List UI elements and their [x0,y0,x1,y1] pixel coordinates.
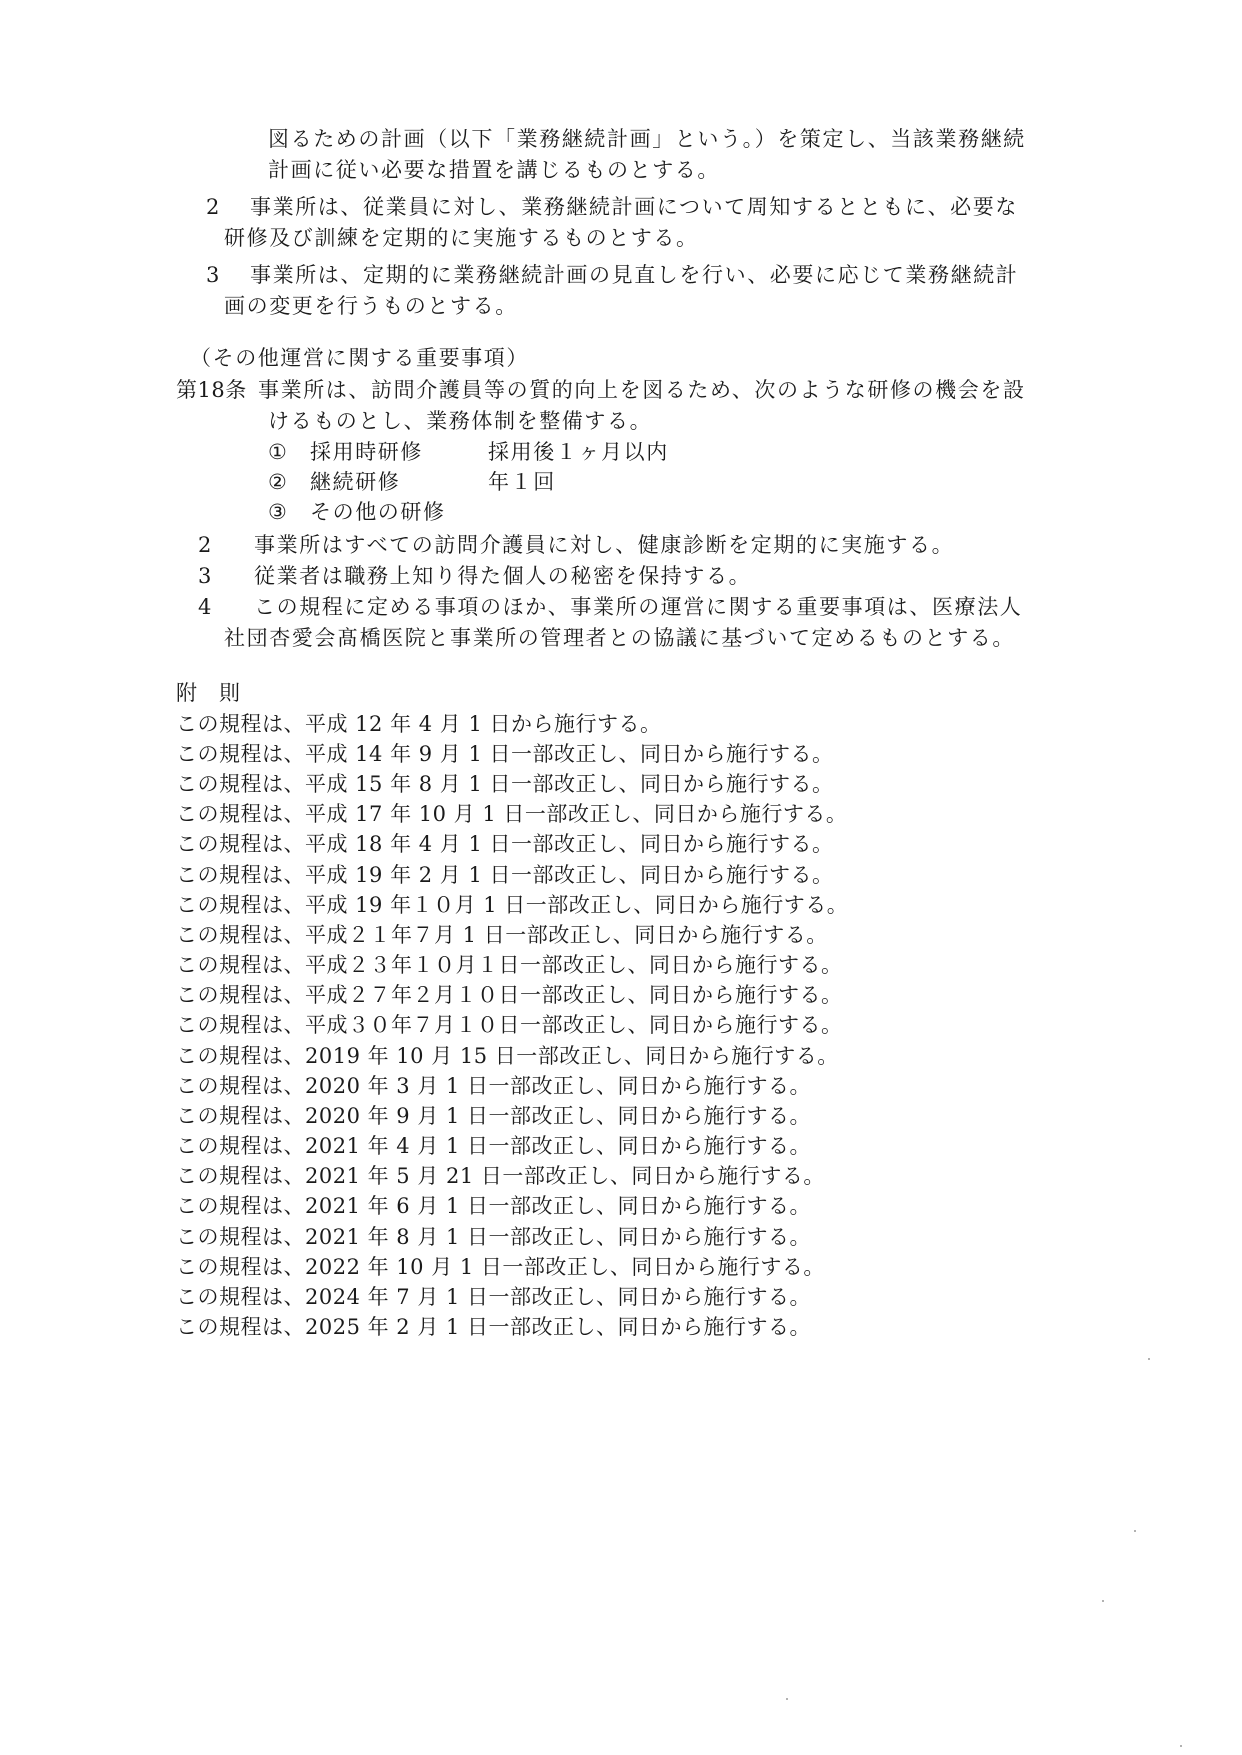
supplementary-entry: この規程は、平成３０年７月１０日一部改正し、同日から施行する。 [176,1010,843,1040]
supplementary-entry: この規程は、2024 年 7 月 1 日一部改正し、同日から施行する。 [176,1282,811,1312]
training-mark: ③ [268,497,287,527]
training-name: 採用時研修 [310,437,423,467]
supplementary-entry: この規程は、平成 19 年 2 月 1 日一部改正し、同日から施行する。 [176,860,834,890]
supplementary-entry: この規程は、2020 年 9 月 1 日一部改正し、同日から施行する。 [176,1101,811,1131]
supplementary-entry: この規程は、平成２７年２月１０日一部改正し、同日から施行する。 [176,980,843,1010]
document-page: 図るための計画（以下「業務継続計画」という。）を策定し、当該業務継続 計画に従い… [0,0,1242,1755]
training-mark: ② [268,467,287,497]
training-timing: 年１回 [488,467,556,497]
supplementary-entry: この規程は、2019 年 10 月 15 日一部改正し、同日から施行する。 [176,1041,839,1071]
supplementary-entry: この規程は、2021 年 8 月 1 日一部改正し、同日から施行する。 [176,1222,811,1252]
supplementary-heading: 附 則 [176,678,241,708]
training-mark: ① [268,437,287,467]
scan-speck [1102,1600,1104,1602]
clause-number: 2 [206,192,220,222]
article-heading: （その他運営に関する重要事項） [190,343,529,373]
article-text-line-1: 事業所は、訪問介護員等の質的向上を図るため、次のような研修の機会を設 [258,375,1026,405]
supplementary-entry: この規程は、平成 19 年１０月 1 日一部改正し、同日から施行する。 [176,890,848,920]
clause-number: 4 [198,592,212,622]
supplementary-entry: この規程は、2022 年 10 月 1 日一部改正し、同日から施行する。 [176,1252,825,1282]
clause-text-line-1: 事業所は、定期的に業務継続計画の見直しを行い、必要に応じて業務継続計 [250,260,1018,290]
clause-number: 3 [206,260,220,290]
supplementary-entry: この規程は、2021 年 5 月 21 日一部改正し、同日から施行する。 [176,1161,825,1191]
supplementary-entry: この規程は、2021 年 6 月 1 日一部改正し、同日から施行する。 [176,1191,811,1221]
continuation-line-2: 計画に従い必要な措置を講じるものとする。 [268,155,720,185]
article-label: 第18条 [176,375,247,405]
continuation-line-1: 図るための計画（以下「業務継続計画」という。）を策定し、当該業務継続 [268,124,1026,154]
supplementary-entry: この規程は、2025 年 2 月 1 日一部改正し、同日から施行する。 [176,1312,811,1342]
article-text-line-2: けるものとし、業務体制を整備する。 [268,406,652,436]
supplementary-entry: この規程は、平成 14 年 9 月 1 日一部改正し、同日から施行する。 [176,739,834,769]
supplementary-entry: この規程は、平成 12 年 4 月 1 日から施行する。 [176,709,662,739]
clause-text-line-1: この規程に定める事項のほか、事業所の運営に関する重要事項は、医療法人 [254,592,1022,622]
clause-text-line-1: 従業者は職務上知り得た個人の秘密を保持する。 [254,561,751,591]
clause-text-line-2: 画の変更を行うものとする。 [224,291,518,321]
supplementary-entry: この規程は、2021 年 4 月 1 日一部改正し、同日から施行する。 [176,1131,811,1161]
clause-number: 3 [198,561,212,591]
supplementary-entry: この規程は、2020 年 3 月 1 日一部改正し、同日から施行する。 [176,1071,811,1101]
training-timing: 採用後１ヶ月以内 [488,437,669,467]
supplementary-entry: この規程は、平成２１年７月 1 日一部改正し、同日から施行する。 [176,920,828,950]
scan-speck [1180,1745,1182,1747]
clause-text-line-2: 研修及び訓練を定期的に実施するものとする。 [224,223,699,253]
scan-speck [1134,1530,1136,1532]
clause-text-line-2: 社団杏愛会髙橋医院と事業所の管理者との協議に基づいて定めるものとする。 [224,623,1015,653]
training-name: 継続研修 [310,467,400,497]
supplementary-entry: この規程は、平成２３年１０月１日一部改正し、同日から施行する。 [176,950,843,980]
scan-speck [786,1698,788,1700]
clause-number: 2 [198,530,212,560]
scan-speck [1148,1358,1150,1360]
supplementary-entry: この規程は、平成 15 年 8 月 1 日一部改正し、同日から施行する。 [176,769,834,799]
clause-text-line-1: 事業所は、従業員に対し、業務継続計画について周知するとともに、必要な [250,192,1018,222]
training-name: その他の研修 [310,497,446,527]
clause-text-line-1: 事業所はすべての訪問介護員に対し、健康診断を定期的に実施する。 [254,530,954,560]
supplementary-entry: この規程は、平成 17 年 10 月 1 日一部改正し、同日から施行する。 [176,799,847,829]
supplementary-entry: この規程は、平成 18 年 4 月 1 日一部改正し、同日から施行する。 [176,829,834,859]
